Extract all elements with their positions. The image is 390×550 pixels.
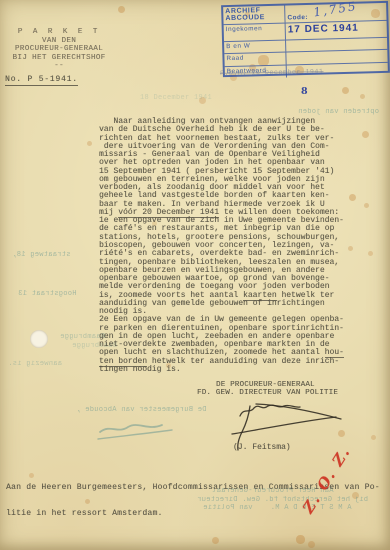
punch-hole xyxy=(30,330,48,348)
bleed-straatweg: straatweg 18, xyxy=(12,251,71,259)
scanned-letter-page: 18 December 1941 optreden van joden stra… xyxy=(0,0,390,550)
archive-stamp: ARCHIEF ABCOUDE Code: 1,755 Ingekomen 17… xyxy=(221,1,390,77)
bleed-aanwezig: aanwezig is. xyxy=(8,360,62,368)
letterhead-procureur: PROCUREUR-GENERAAL xyxy=(8,45,110,54)
bleed-signature-squiggle xyxy=(92,416,178,446)
stamp-row-ingekomen: Ingekomen xyxy=(224,24,286,42)
stamp-row-benw: B en W xyxy=(224,41,286,54)
stamp-row-raad: Raad xyxy=(224,53,286,67)
footer-line-2: litie in het ressort Amsterdam. xyxy=(6,510,380,519)
body-text: Naar aanleiding van ontvangen aanwijzing… xyxy=(99,118,355,374)
letterhead-van-den: VAN DEN xyxy=(8,37,110,46)
reference-number: No. P 5-1941. xyxy=(5,75,78,84)
stamp-org: ARCHIEF ABCOUDE xyxy=(223,6,285,25)
bleed-optreden: optreden van joden xyxy=(298,108,379,116)
bleed-date: 18 December 1941 xyxy=(140,94,212,102)
signature-typed-name: (J. Feitsma) xyxy=(233,443,291,452)
letterhead: P A R K E T VAN DEN PROCUREUR-GENERAAL B… xyxy=(8,28,110,71)
letterhead-dash: -- xyxy=(8,62,110,71)
letterhead-gerechtshof: BIJ HET GERECHTSHOF xyxy=(8,54,110,63)
bleed-hoogstraat: Hoogstraat 13 xyxy=(18,290,77,298)
date-received-stamp: 17 DEC 1941 xyxy=(286,21,387,40)
body-line: tingen noodig is. xyxy=(99,366,355,374)
signature-title-1: DE PROCUREUR-GENERAAL xyxy=(216,381,315,389)
foxing-spots xyxy=(0,0,3,3)
stamp-code-value-handwritten: 1,755 xyxy=(312,0,358,19)
bleed-burgemeester: De Burgemeester van Abcoude , xyxy=(76,406,207,414)
stamp-code-label: Code: xyxy=(287,12,308,22)
letterhead-parket: P A R K E T xyxy=(8,28,110,37)
page-number: 8 xyxy=(301,86,308,97)
